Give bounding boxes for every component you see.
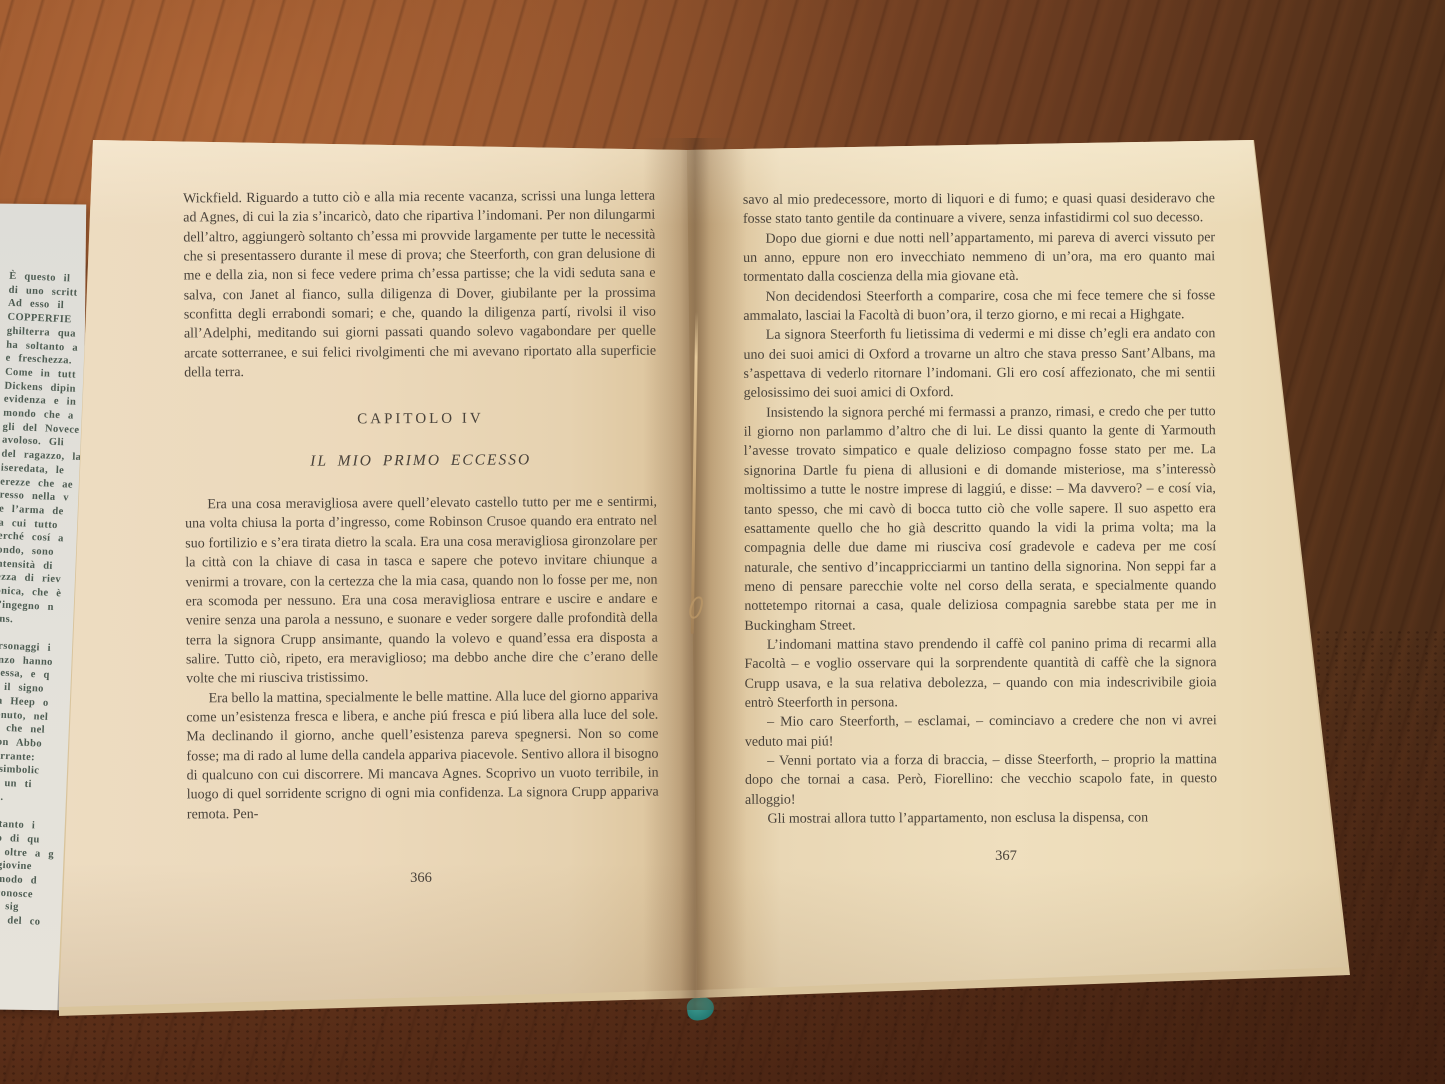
left-page-text-column: Wickfield. Riguardo a tutto ciò e alla m… <box>183 187 659 825</box>
right-paragraph-5: Insistendo la signora perché mi fermassi… <box>744 402 1217 636</box>
right-paragraph-continuation: savo al mio predecessore, morto di liquo… <box>743 189 1215 229</box>
left-paragraph-3: Era bello la mattina, specialmente le be… <box>186 686 659 824</box>
right-page: savo al mio predecessore, morto di liquo… <box>687 138 1355 1006</box>
right-paragraph-7: Gli mostrai allora tutto l’appartamento,… <box>745 808 1217 829</box>
right-paragraph-dialogue-1: – Mio caro Steerforth, – esclamai, – com… <box>745 711 1217 751</box>
chapter-title: IL MIO PRIMO ECCESSO <box>185 449 657 471</box>
right-paragraph-3: Non decidendosi Steerforth a comparire, … <box>743 286 1215 326</box>
book-photo: È questo il di uno scritt Ad esso il COP… <box>0 0 1445 1084</box>
chapter-heading: CAPITOLO IV <box>184 409 656 431</box>
right-paragraph-2: Dopo due giorni e due notti nell’apparta… <box>743 228 1215 288</box>
right-page-number: 367 <box>770 848 1242 865</box>
left-page: Wickfield. Riguardo a tutto ciò e alla m… <box>59 138 711 1022</box>
right-paragraph-dialogue-2: – Venni portato via a forza di braccia, … <box>745 750 1217 810</box>
left-paragraph-continuation: Wickfield. Riguardo a tutto ciò e alla m… <box>183 187 656 383</box>
right-paragraph-6: L’indomani mattina stavo prendendo il ca… <box>744 634 1216 713</box>
left-page-number: 366 <box>185 870 657 887</box>
right-page-text-column: savo al mio predecessore, morto di liquo… <box>743 189 1217 829</box>
right-paragraph-4: La signora Steerforth fu lietissima di v… <box>743 325 1215 404</box>
left-paragraph-2: Era una cosa meravigliosa avere quell’el… <box>185 493 658 689</box>
